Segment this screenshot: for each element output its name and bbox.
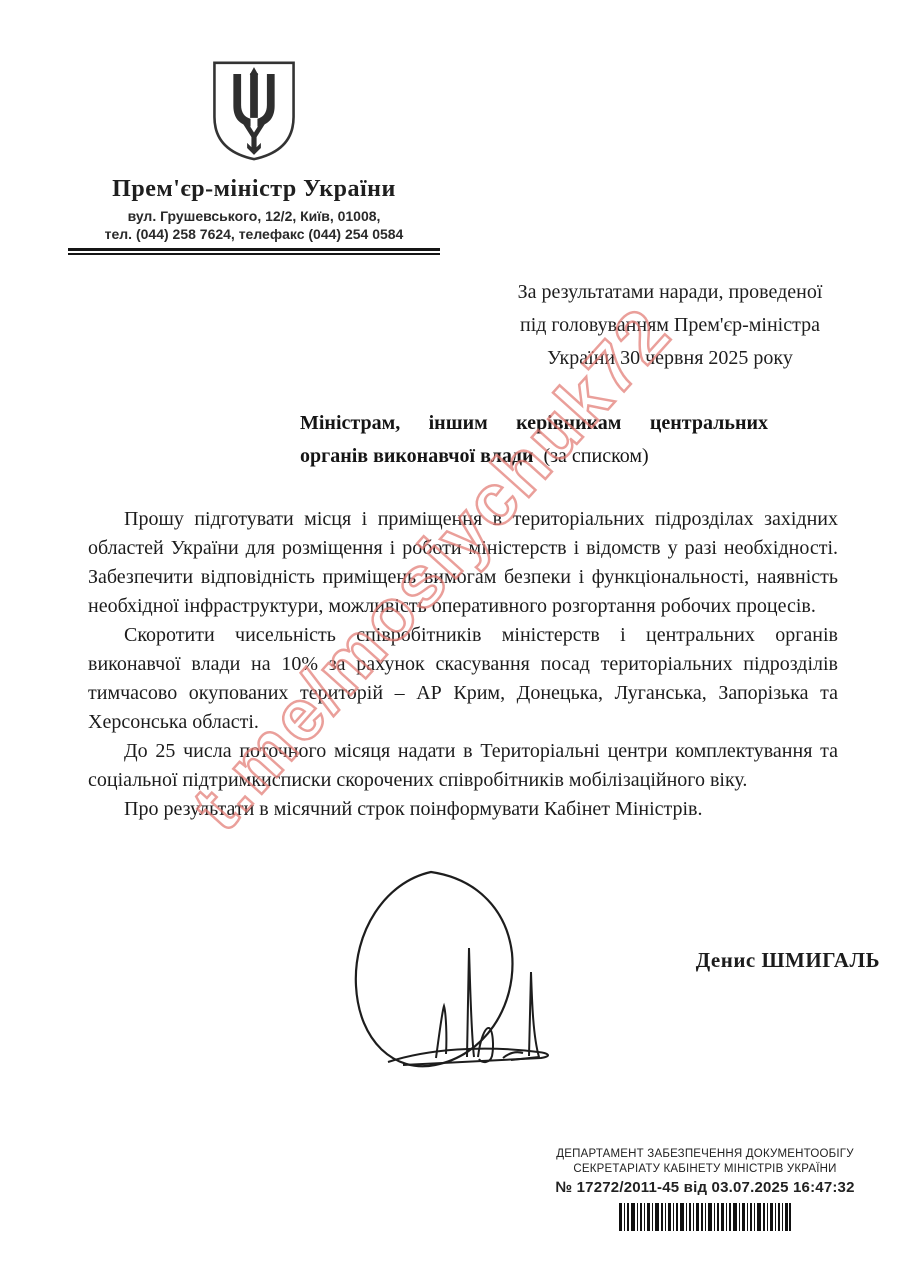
handwritten-signature [333,860,593,1080]
addressee-suffix: (за списком) [538,445,648,467]
addressee-line-1: Міністрам, іншим керівникам центральних [300,407,768,440]
body-paragraph-1: Прошу підготувати місця і приміщення в т… [88,505,838,621]
body-paragraph-4: Про результати в місячний строк поінформ… [88,795,838,824]
sender-address: вул. Грушевського, 12/2, Київ, 01008, те… [68,207,440,243]
reference-line-2: під головуванням Прем'єр-міністра [494,309,846,342]
addressee-block: Міністрам, іншим керівникам центральних … [300,407,768,473]
reference-line-1: За результатами наради, проведеної [494,276,846,309]
letterhead: Прем'єр-міністр України вул. Грушевськог… [68,60,440,255]
ukraine-trident-emblem-icon [211,60,297,167]
dept-line-2: СЕКРЕТАРІАТУ КАБІНЕТУ МІНІСТРІВ УКРАЇНИ [540,1162,870,1177]
addressee-line-2: органів виконавчої влади (за списком) [300,440,768,473]
barcode [540,1203,870,1231]
address-line-1: вул. Грушевського, 12/2, Київ, 01008, [68,207,440,225]
reference-line-3: України 30 червня 2025 року [494,342,846,375]
addressee-line-2-bold: органів виконавчої влади [300,445,533,467]
reference-block: За результатами наради, проведеної під г… [494,276,846,375]
registration-stamp: ДЕПАРТАМЕНТ ЗАБЕЗПЕЧЕННЯ ДОКУМЕНТООБІГУ … [540,1147,870,1231]
body-paragraph-3: До 25 числа поточного місяця надати в Те… [88,737,838,795]
dept-line-1: ДЕПАРТАМЕНТ ЗАБЕЗПЕЧЕННЯ ДОКУМЕНТООБІГУ [540,1147,870,1162]
body-paragraph-2: Скоротити чисельність співробітників мін… [88,621,838,737]
sender-title: Прем'єр-міністр України [68,176,440,203]
address-line-2: тел. (044) 258 7624, телефакс (044) 254 … [68,225,440,243]
letterhead-divider [68,248,440,255]
scanned-letter-page: t.me/mosiychuk72 Прем'єр-міністр України… [0,0,904,1280]
signer-name: Денис ШМИГАЛЬ [696,948,880,973]
registration-number: № 17272/2011-45 від 03.07.2025 16:47:32 [540,1179,870,1196]
letter-body: Прошу підготувати місця і приміщення в т… [88,505,838,824]
